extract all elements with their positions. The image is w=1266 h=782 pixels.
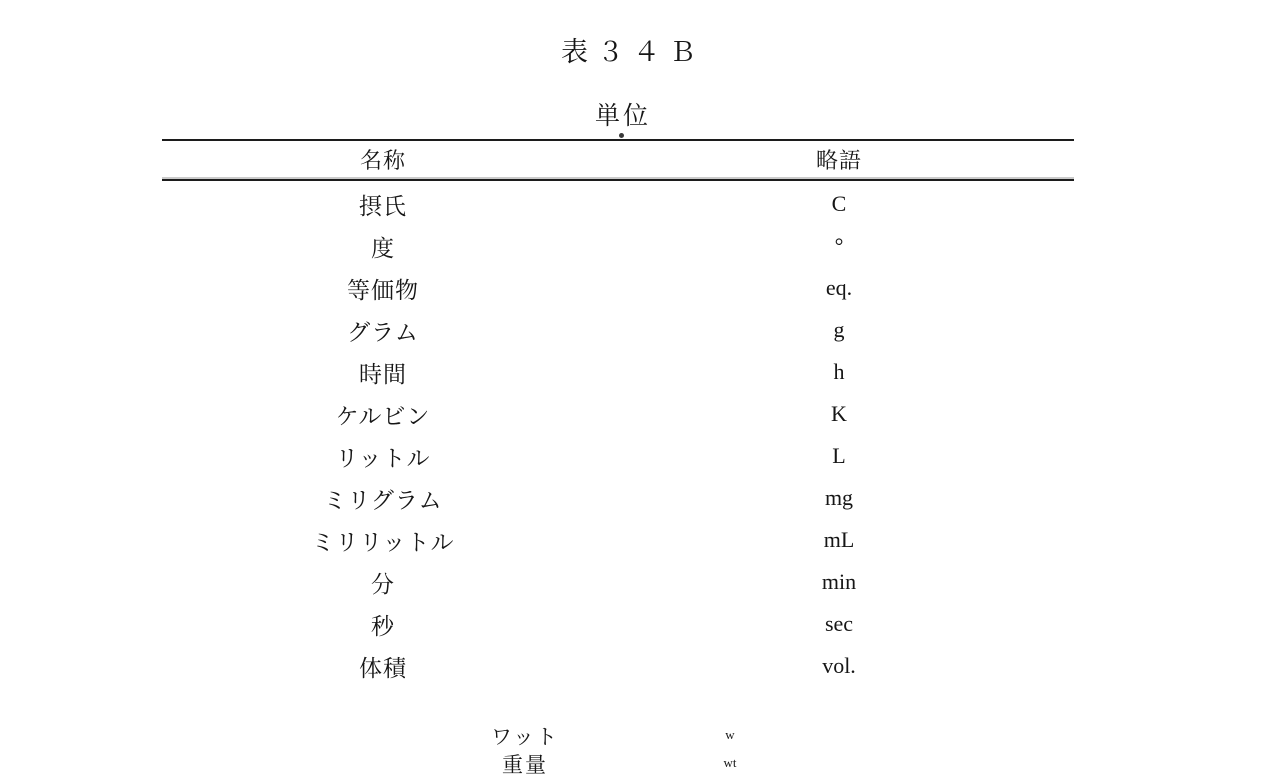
document-page: 表３４Ｂ 単位 名称 略語 摂氏C度°等価物eq.グラムg時間hケルビンKリット… (0, 0, 1266, 782)
table-row: 分min (162, 561, 1074, 603)
unit-abbreviation: eq. (604, 275, 1074, 301)
unit-abbreviation: g (604, 317, 1074, 343)
unit-abbreviation: K (604, 401, 1074, 427)
unit-name: 秒 (162, 608, 604, 641)
table-row: 度° (162, 225, 1074, 267)
unit-name: 時間 (162, 356, 604, 389)
unit-abbreviation: w (660, 727, 800, 743)
unit-abbreviation: L (604, 443, 1074, 469)
unit-abbreviation: mL (604, 527, 1074, 553)
table-title: 表３４Ｂ (0, 30, 1266, 69)
unit-name: ミリグラム (162, 482, 604, 515)
unit-name: グラム (162, 314, 604, 347)
table-row: 秒sec (162, 603, 1074, 645)
table-row: ワット w (0, 721, 1266, 749)
table-row: リットルL (162, 435, 1074, 477)
table-body: 摂氏C度°等価物eq.グラムg時間hケルビンKリットルLミリグラムmgミリリット… (162, 183, 1074, 687)
unit-name: 摂氏 (162, 188, 604, 221)
unit-abbreviation: min (604, 569, 1074, 595)
unit-name: ケルビン (162, 398, 604, 431)
table-header-row: 名称 略語 (162, 139, 1074, 180)
unit-abbreviation: sec (604, 611, 1074, 637)
unit-abbreviation: h (604, 359, 1074, 385)
unit-name: 体積 (162, 650, 604, 683)
column-header-abbreviation: 略語 (604, 144, 1074, 175)
table-row: 摂氏C (162, 183, 1074, 225)
unit-name: ミリリットル (162, 524, 604, 557)
table-row: ミリグラムmg (162, 477, 1074, 519)
table-row: 時間h (162, 351, 1074, 393)
scan-speck (619, 133, 624, 138)
table-subtitle: 単位 (0, 96, 1246, 132)
unit-name: リットル (162, 440, 604, 473)
table-header-rule (162, 179, 1074, 181)
table-row: グラムg (162, 309, 1074, 351)
table-row: 重量 wt (0, 749, 1266, 777)
column-header-name: 名称 (162, 144, 604, 175)
unit-abbreviation: C (604, 191, 1074, 217)
table-row: 体積vol. (162, 645, 1074, 687)
unit-name: 分 (162, 566, 604, 599)
unit-abbreviation: wt (660, 755, 800, 771)
unit-name: 重量 (400, 749, 650, 779)
unit-name: 度 (162, 230, 604, 263)
unit-name: 等価物 (162, 272, 604, 305)
table-row: 等価物eq. (162, 267, 1074, 309)
table-row: ケルビンK (162, 393, 1074, 435)
unit-abbreviation: ° (604, 233, 1074, 259)
unit-name: ワット (400, 721, 650, 751)
unit-abbreviation: mg (604, 485, 1074, 511)
table-row: ミリリットルmL (162, 519, 1074, 561)
unit-abbreviation: vol. (604, 653, 1074, 679)
